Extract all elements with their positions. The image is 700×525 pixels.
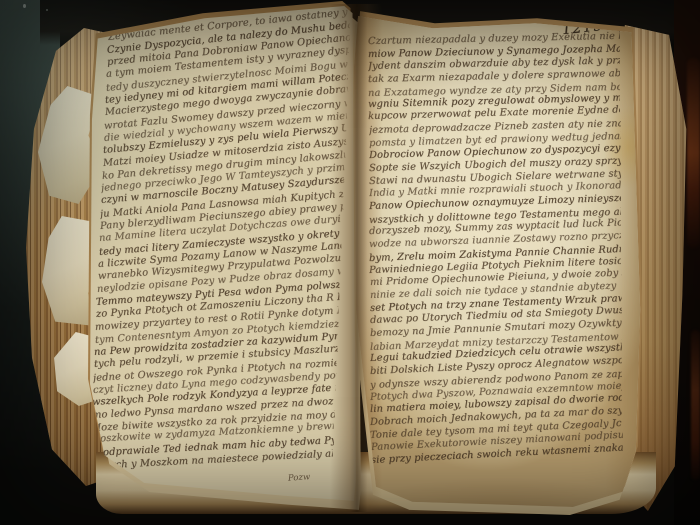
table-wood-edge <box>687 58 700 248</box>
right-page-text-block: Czartum niezapadala y duzey mozy Exekuti… <box>354 6 646 512</box>
dust-speck <box>23 4 26 8</box>
manuscript-photo: 1214 Zeywaiac mente et Corpore, to iawa … <box>0 0 700 525</box>
left-page: 1214 Zeywaiac mente et Corpore, to iawa … <box>84 3 358 511</box>
book-gutter-shadow <box>330 4 382 512</box>
left-page-text-block: Zeywaiac mente et Corpore, to iawa ostat… <box>84 3 358 511</box>
right-page: 1215 Czartum niezapadala y duzey mozy Ex… <box>354 6 646 512</box>
dust-speck <box>46 9 48 11</box>
table-wood-edge-lower <box>691 330 700 480</box>
left-page-catchword: Pozw <box>288 472 311 484</box>
